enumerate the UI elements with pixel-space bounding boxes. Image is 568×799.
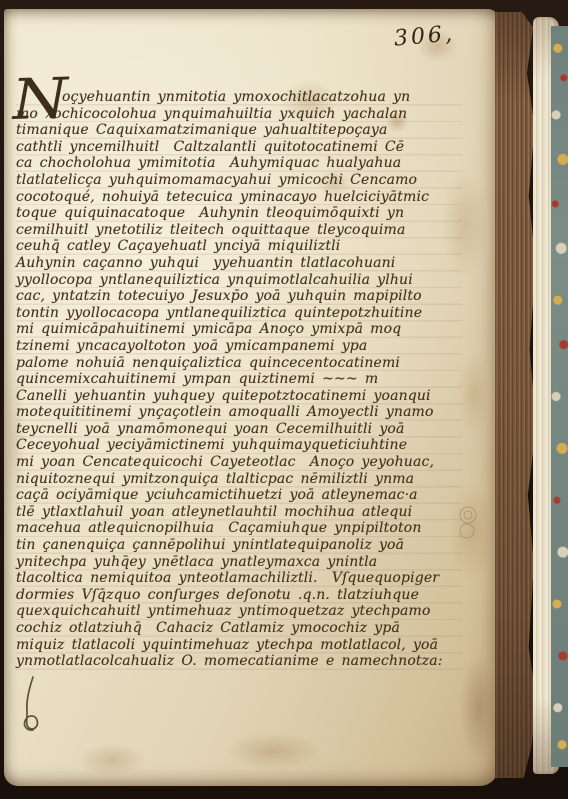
manuscript-line: palome nohuiā nenquiçaliztica quincecent… (16, 355, 462, 372)
manuscript-line: macehua atlequicnopilhuia Caçamiuhque yn… (16, 520, 462, 537)
manuscript-line: ceuhq̄ catley Caçayehuatl ynciyā miquili… (16, 238, 462, 255)
manuscript-line: mi quimicāpahuitinemi ymicāpa Anoço ymix… (16, 321, 462, 338)
manuscript-line: Canelli yehuantin yuhquey quitepotztocat… (16, 388, 462, 405)
manuscript-line: cemilhuitl ynetotiliz tleitech oquittaqu… (16, 222, 462, 239)
paper-stain (64, 737, 160, 783)
marbled-endpaper (551, 26, 568, 767)
manuscript-line: ynmotlatlacolcahualiz O. momecatianime e… (16, 653, 462, 670)
manuscript-line: quincemixcahuitinemi ympan quiztinemi ~~… (16, 371, 462, 388)
manuscript-line: cac, yntatzin totecuiyo Jesuxp̄o yoā yuh… (16, 288, 462, 305)
manuscript-line: ynitechpa yuhq̄ey ynētlaca ynatleymaxca … (16, 554, 462, 571)
manuscript-line: tlatlatelicça yuhquimomamacyahui ymicoch… (16, 172, 462, 189)
scribal-flourish-icon (17, 675, 47, 733)
manuscript-line: cocotoqué, nohuiyā tetecuica yminacayo h… (16, 189, 462, 206)
manuscript-line: tontin yyollocacopa yntlanequiliztica qu… (16, 305, 462, 322)
manuscript-line: niquitoznequi ymitzonquiça tlalticpac nē… (16, 471, 462, 488)
manuscript-line: tin çanenquiça çannēpolihui ynintlatequi… (16, 537, 462, 554)
manuscript-line: tlacoltica nemiquitoa ynteotlamachiliztl… (16, 570, 462, 587)
manuscript-line: Ceceyohual yeciyāmictinemi yuhquimayquet… (16, 437, 462, 454)
manuscript-line: mo xochicocolohua ynquimahuiltia yxquich… (16, 106, 462, 123)
manuscript-line: tlē ytlaxtlahuil yoan atleynetlauhtil mo… (16, 504, 462, 521)
book-photograph: 306, N oçyehuantin ynmitotia ymoxochitla… (0, 0, 568, 799)
manuscript-line: oçyehuantin ynmitotia ymoxochitlacatzohu… (16, 89, 462, 106)
manuscript-line: tzinemi yncacayoltoton yoā ymicampanemi … (16, 338, 462, 355)
manuscript-line: miquiz tlatlacoli yquintimehuaz ytechpa … (16, 637, 462, 654)
manuscript-line: mi yoan Cencatequicochi Cayeteotlac Anoç… (16, 454, 462, 471)
manuscript-line: caçā ociyāmique yciuhcamictihuetzi yoā a… (16, 487, 462, 504)
manuscript-line: ca chocholohua ymimitotia Auhymiquac hua… (16, 155, 462, 172)
manuscript-line: cathtli yncemilhuitl Caltzalantli quitot… (16, 139, 462, 156)
manuscript-line: Auhynin caçanno yuhqui yyehuantin tlatla… (16, 255, 462, 272)
text-block: oçyehuantin ynmitotia ymoxochitlacatzohu… (16, 89, 462, 670)
folio-number: 306, (393, 21, 456, 51)
manuscript-line: yyollocopa yntlanequiliztica ynquimotlal… (16, 272, 462, 289)
manuscript-line: toque quiquinacatoque Auhynin tleoquimōq… (16, 205, 462, 222)
manuscript-line: motequititinemi ynçaçotlein amoqualli Am… (16, 404, 462, 421)
manuscript-line: timanique Caquixamatzimanique yahualtite… (16, 122, 462, 139)
manuscript-line: cochiz otlatziuhq̄ Cahaciz Catlamiz ymoc… (16, 620, 462, 637)
paper-stain (208, 725, 338, 777)
manuscript-line: teycnelli yoā ynamōmonequi yoan Cecemilh… (16, 421, 462, 438)
manuscript-page: 306, N oçyehuantin ynmitotia ymoxochitla… (4, 9, 498, 786)
book-fore-edge (495, 12, 538, 778)
manuscript-line: dormies Vſq̄zquo conſurges deſonotu .q.n… (16, 587, 462, 604)
manuscript-line: quexquichcahuitl yntimehuaz yntimoquetza… (16, 603, 462, 620)
